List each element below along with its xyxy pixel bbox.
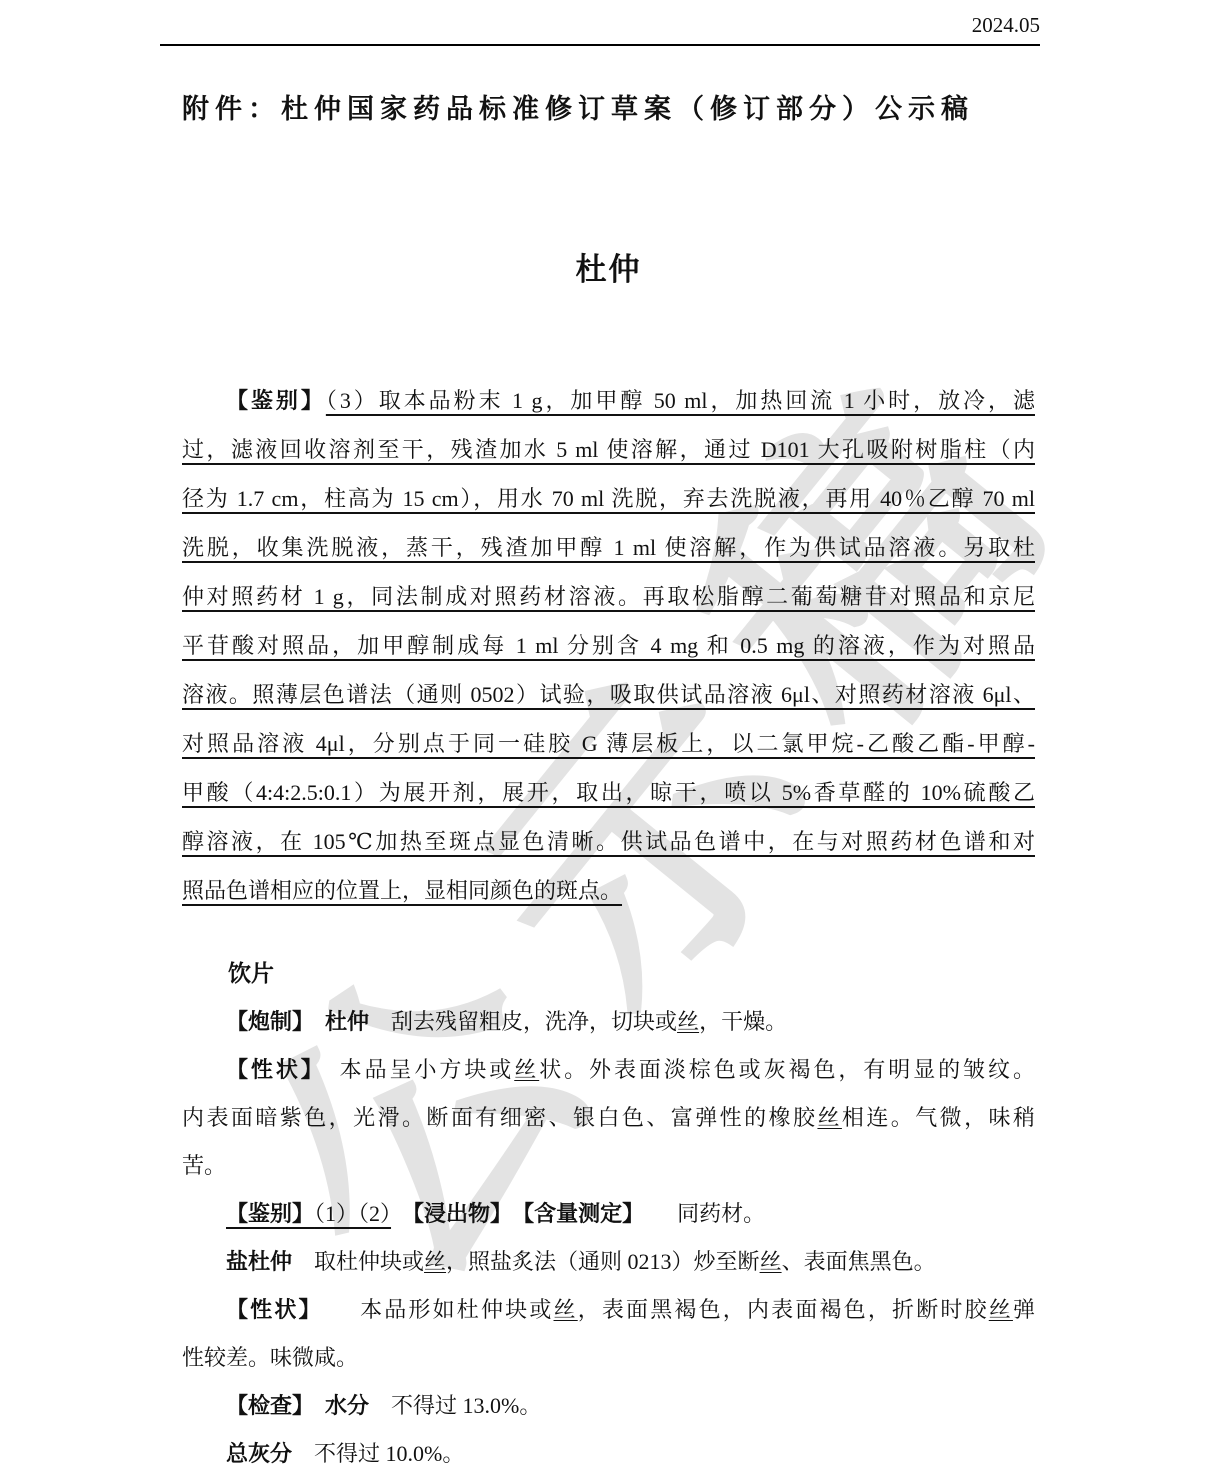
item-label-zonghuifen: 总灰分 xyxy=(226,1441,292,1466)
section-label-jianbie: 【鉴别】 xyxy=(226,1201,314,1226)
text-line: 饮片 xyxy=(182,949,1035,998)
text-line: 盐杜仲 取杜仲块或丝，照盐炙法（通则 0213）炒至断丝、表面焦黑色。 xyxy=(182,1238,1035,1286)
attachment-title: 附件：杜仲国家药品标准修订草案（修订部分）公示稿 xyxy=(182,92,1035,126)
text-segment: 不得过 13.0%。 xyxy=(369,1393,541,1418)
text-segment: 不得过 10.0%。 xyxy=(292,1441,464,1466)
text-segment: 过，滤液回收溶剂至干，残渣加水 5 ml 使溶解，通过 D101 大孔吸附树脂柱… xyxy=(182,437,1035,462)
text-segment: 性较差。味微咸。 xyxy=(182,1345,358,1370)
text-segment: 弹 xyxy=(1013,1297,1035,1322)
text-segment: 丝 xyxy=(514,1057,539,1082)
text-segment: 苦。 xyxy=(182,1153,226,1178)
text-segment: 对照品溶液 4μl，分别点于同一硅胶 G 薄层板上，以二氯甲烷-乙酸乙酯-甲醇- xyxy=(182,731,1035,756)
text-segment: 状。外表面淡棕色或灰褐色，有明显的皱纹。 xyxy=(539,1057,1035,1082)
text-segment: 甲酸（4:4:2.5:0.1）为展开剂，展开，取出，晾干，喷以 5%香草醛的 1… xyxy=(182,780,1035,805)
text-line: 【性状】 本品呈小方块或丝状。外表面淡棕色或灰褐色，有明显的皱纹。 xyxy=(182,1046,1035,1094)
text-line: 溶液。照薄层色谱法（通则 0502）试验，吸取供试品溶液 6μl、对照药材溶液 … xyxy=(182,670,1035,719)
text-line: 【炮制】 杜仲 刮去残留粗皮，洗净，切块或丝，干燥。 xyxy=(182,998,1035,1046)
text-segment: 仲对照药材 1 g，同法制成对照药材溶液。再取松脂醇二葡萄糖苷对照品和京尼 xyxy=(182,584,1035,609)
section-label-identification: 【鉴别】 xyxy=(226,388,326,413)
text-segment: （3）取本品粉末 1 g，加甲醇 50 ml，加热回流 1 小时，放冷，滤 xyxy=(326,388,1035,413)
text-segment: 丝 xyxy=(989,1297,1013,1322)
text-segment: 相连。气微，味稍 xyxy=(842,1105,1035,1130)
text-line: 苦。 xyxy=(182,1142,1035,1190)
text-segment: 洗脱，收集洗脱液，蒸干，残渣加甲醇 1 ml 使溶解，作为供试品溶液。另取杜 xyxy=(182,535,1035,560)
section-label-jinchuwu: 【浸出物】 xyxy=(413,1201,501,1226)
section-label-paozhi: 【炮制】 xyxy=(226,1009,303,1034)
content-layer: 2024.05 附件：杜仲国家药品标准修订草案（修订部分）公示稿 杜仲 【鉴别】… xyxy=(0,0,1207,1475)
text-segment: 平苷酸对照品，加甲醇制成每 1 ml 分别含 4 mg 和 0.5 mg 的溶液… xyxy=(182,633,1035,658)
text-segment: ，照盐炙法（通则 0213）炒至断 xyxy=(446,1249,760,1274)
text-line: 总灰分 不得过 10.0%。 xyxy=(182,1430,1035,1475)
text-segment: 同药材。 xyxy=(677,1201,765,1226)
yinpian-heading: 饮片 xyxy=(182,949,1035,998)
section-label-xingzhuang: 【性状】 xyxy=(226,1057,315,1082)
text-line: 甲酸（4:4:2.5:0.1）为展开剂，展开，取出，晾干，喷以 5%香草醛的 1… xyxy=(182,768,1035,817)
text-line: 【鉴别】（3）取本品粉末 1 g，加甲醇 50 ml，加热回流 1 小时，放冷，… xyxy=(182,376,1035,425)
text-segment: 内表面暗紫色，光滑。断面有细密、银白色、富弹性的橡胶 xyxy=(182,1105,817,1130)
header-date: 2024.05 xyxy=(0,0,1207,38)
text-segment: 本品形如杜仲块或 xyxy=(312,1297,554,1322)
text-line: 【性状】 本品形如杜仲块或丝，表面黑褐色，内表面褐色，折断时胶丝弹 xyxy=(182,1286,1035,1334)
text-line: 洗脱，收集洗脱液，蒸干，残渣加甲醇 1 ml 使溶解，作为供试品溶液。另取杜 xyxy=(182,523,1035,572)
text-segment: （1）（2） xyxy=(314,1201,391,1226)
text-segment: 丝 xyxy=(817,1105,841,1130)
text-line: 【鉴别】（1）（2） 【浸出物】 【含量测定】 同药材。 xyxy=(182,1190,1035,1238)
text-line: 径为 1.7 cm，柱高为 15 cm），用水 70 ml 洗脱，弃去洗脱液，再… xyxy=(182,474,1035,523)
text-segment: 刮去残留粗皮，洗净，切块或 xyxy=(369,1009,677,1034)
section-heading-yinpian: 饮片 xyxy=(228,960,274,986)
text-line: 对照品溶液 4μl，分别点于同一硅胶 G 薄层板上，以二氯甲烷-乙酸乙酯-甲醇- xyxy=(182,719,1035,768)
text-segment: 照品色谱相应的位置上，显相同颜色的斑点。 xyxy=(182,878,622,903)
document-body: 【鉴别】（3）取本品粉末 1 g，加甲醇 50 ml，加热回流 1 小时，放冷，… xyxy=(182,376,1035,1475)
text-segment: 取杜仲块或 xyxy=(292,1249,424,1274)
document-page: 公示稿 2024.05 附件：杜仲国家药品标准修订草案（修订部分）公示稿 杜仲 … xyxy=(0,0,1207,1475)
text-line: 醇溶液，在 105℃加热至斑点显色清晰。供试品色谱中，在与对照药材色谱和对 xyxy=(182,817,1035,866)
item-label-yanduzhong: 盐杜仲 xyxy=(226,1249,292,1274)
text-line: 照品色谱相应的位置上，显相同颜色的斑点。 xyxy=(182,866,1035,915)
section-label-hanliangceding: 【含量测定】 xyxy=(523,1201,633,1226)
text-segment xyxy=(633,1201,677,1226)
yinpian-section: 【炮制】 杜仲 刮去残留粗皮，洗净，切块或丝，干燥。【性状】 本品呈小方块或丝状… xyxy=(182,998,1035,1475)
text-segment: 溶液。照薄层色谱法（通则 0502）试验，吸取供试品溶液 6μl、对照药材溶液 … xyxy=(182,682,1035,707)
text-segment: 本品呈小方块或 xyxy=(315,1057,515,1082)
text-segment: 醇溶液，在 105℃加热至斑点显色清晰。供试品色谱中，在与对照药材色谱和对 xyxy=(182,829,1035,854)
text-segment xyxy=(303,1393,325,1418)
item-label-shuifen: 水分 xyxy=(325,1393,369,1418)
section-label-jiancha: 【检查】 xyxy=(226,1393,303,1418)
text-segment: ，干燥。 xyxy=(699,1009,787,1034)
text-segment: ，表面黑褐色，内表面褐色，折断时胶 xyxy=(578,1297,989,1322)
header-rule xyxy=(160,44,1040,46)
text-segment: 丝 xyxy=(760,1249,782,1274)
text-line: 性较差。味微咸。 xyxy=(182,1334,1035,1382)
text-segment: 、表面焦黑色。 xyxy=(782,1249,936,1274)
drug-title: 杜仲 xyxy=(182,250,1035,290)
section-label-xingzhuang-2: 【性状】 xyxy=(226,1297,312,1322)
item-label-duzhong: 杜仲 xyxy=(325,1009,369,1034)
identification-paragraph: 【鉴别】（3）取本品粉末 1 g，加甲醇 50 ml，加热回流 1 小时，放冷，… xyxy=(182,376,1035,915)
text-segment: 丝 xyxy=(677,1009,699,1034)
text-segment: 径为 1.7 cm，柱高为 15 cm），用水 70 ml 洗脱，弃去洗脱液，再… xyxy=(182,486,1035,511)
text-segment: 丝 xyxy=(424,1249,446,1274)
text-line: 【检查】 水分 不得过 13.0%。 xyxy=(182,1382,1035,1430)
text-line: 内表面暗紫色，光滑。断面有细密、银白色、富弹性的橡胶丝相连。气微，味稍 xyxy=(182,1094,1035,1142)
text-line: 仲对照药材 1 g，同法制成对照药材溶液。再取松脂醇二葡萄糖苷对照品和京尼 xyxy=(182,572,1035,621)
text-line: 过，滤液回收溶剂至干，残渣加水 5 ml 使溶解，通过 D101 大孔吸附树脂柱… xyxy=(182,425,1035,474)
text-segment xyxy=(391,1201,413,1226)
text-segment xyxy=(303,1009,325,1034)
text-line: 平苷酸对照品，加甲醇制成每 1 ml 分别含 4 mg 和 0.5 mg 的溶液… xyxy=(182,621,1035,670)
text-segment xyxy=(501,1201,523,1226)
text-segment: 丝 xyxy=(554,1297,578,1322)
